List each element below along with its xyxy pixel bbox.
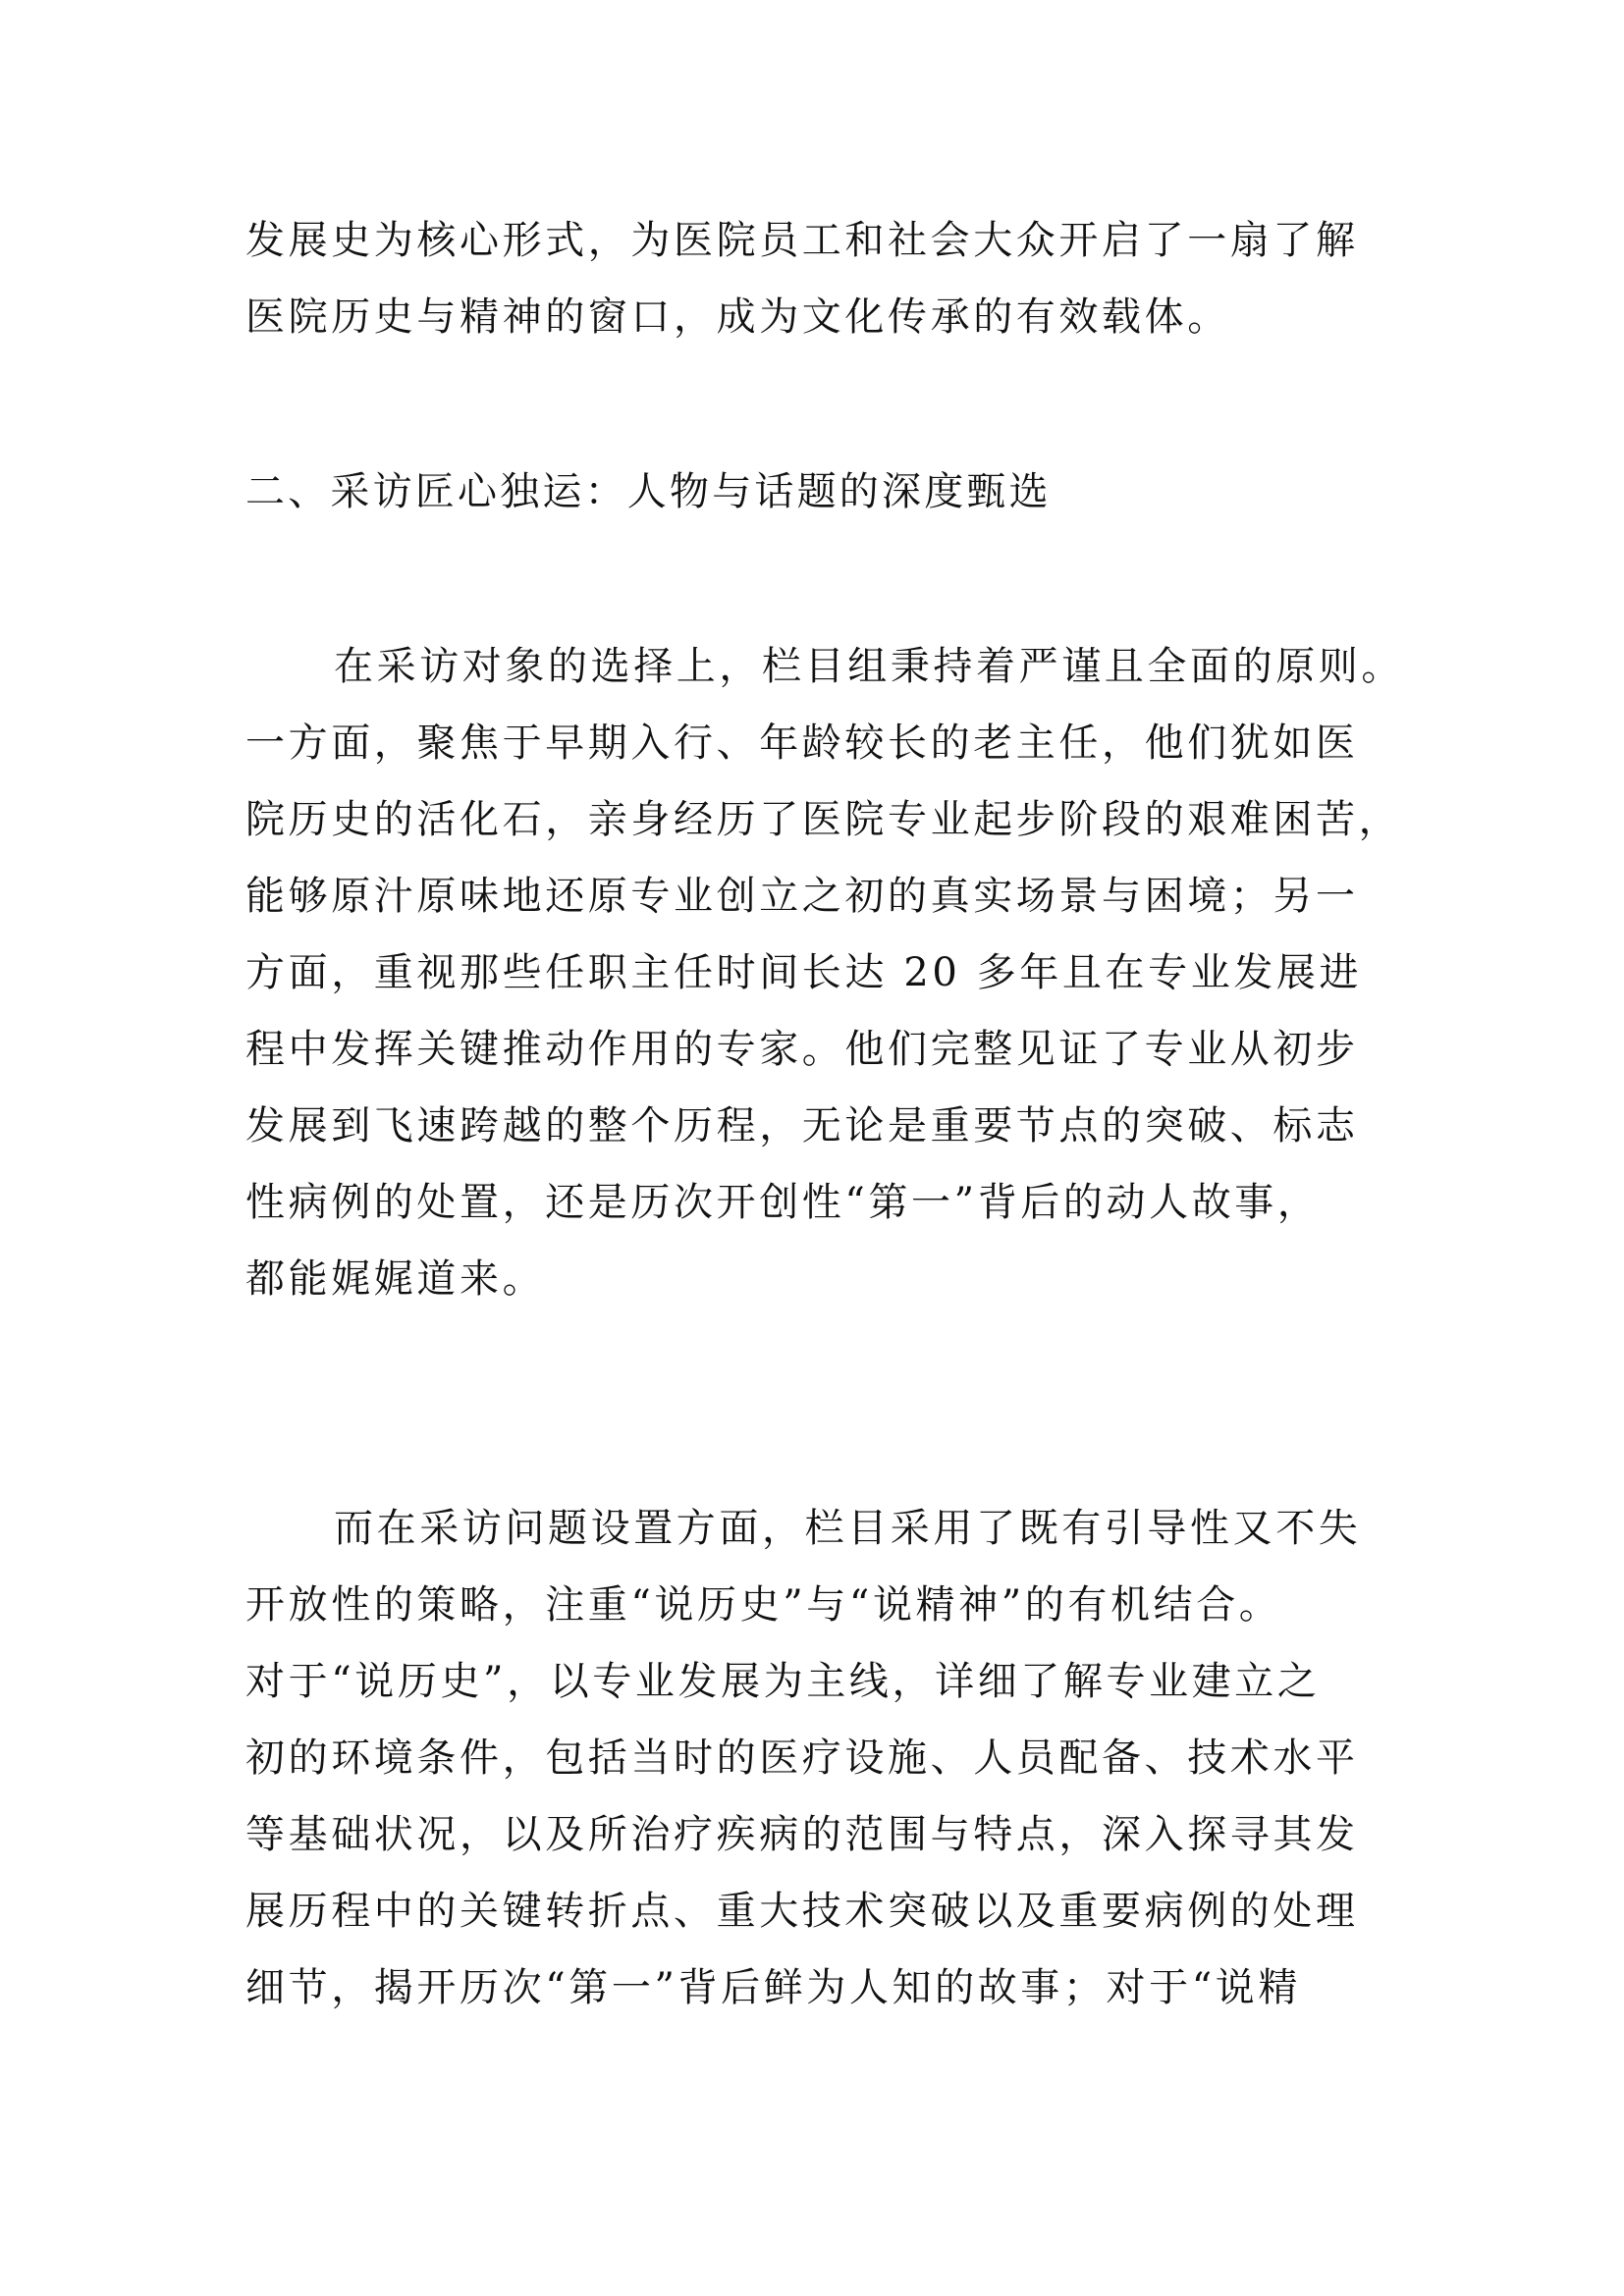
document-page: 发展史为核心形式，为医院员工和社会大众开启了一扇了解 医院历史与精神的窗口，成为…: [0, 0, 1624, 2296]
paragraph-2-line-7: 细节，揭开历次“第一”背后鲜为人知的故事；对于“说精: [245, 1958, 1384, 2017]
paragraph-2-line-6: 展历程中的关键转折点、重大技术突破以及重要病例的处理: [245, 1882, 1384, 1941]
intro-paragraph-line-1: 发展史为核心形式，为医院员工和社会大众开启了一扇了解: [245, 211, 1384, 270]
paragraph-2-line-2: 开放性的策略，注重“说历史”与“说精神”的有机结合。: [245, 1575, 1384, 1634]
paragraph-1-line-9: 都能娓娓道来。: [245, 1250, 1384, 1308]
paragraph-1-line-2: 一方面，聚焦于早期入行、年龄较长的老主任，他们犹如医: [245, 714, 1384, 773]
paragraph-1-line-4: 能够原汁原味地还原专业创立之初的真实场景与困境；另一: [245, 867, 1384, 926]
paragraph-1-line-8: 性病例的处置，还是历次开创性“第一”背后的动人故事，: [245, 1173, 1384, 1232]
paragraph-1-line-3: 院历史的活化石，亲身经历了医院专业起步阶段的艰难困苦，: [245, 790, 1384, 849]
paragraph-1-line-5: 方面，重视那些任职主任时间长达 20 多年且在专业发展进: [245, 943, 1384, 1002]
paragraph-2-line-3: 对于“说历史”，以专业发展为主线，详细了解专业建立之: [245, 1652, 1384, 1711]
paragraph-2-line-5: 等基础状况，以及所治疗疾病的范围与特点，深入探寻其发: [245, 1805, 1384, 1864]
paragraph-1-line-6: 程中发挥关键推动作用的专家。他们完整见证了专业从初步: [245, 1020, 1384, 1079]
intro-paragraph-line-2: 医院历史与精神的窗口，成为文化传承的有效载体。: [245, 288, 1384, 347]
paragraph-2-line-4: 初的环境条件，包括当时的医疗设施、人员配备、技术水平: [245, 1729, 1384, 1788]
section-heading: 二、采访匠心独运：人物与话题的深度甄选: [245, 462, 1384, 521]
paragraph-2-line-1: 而在采访问题设置方面，栏目采用了既有引导性又不失: [334, 1499, 1473, 1558]
paragraph-1-line-7: 发展到飞速跨越的整个历程，无论是重要节点的突破、标志: [245, 1096, 1384, 1155]
paragraph-1-line-1: 在采访对象的选择上，栏目组秉持着严谨且全面的原则。: [334, 637, 1473, 696]
